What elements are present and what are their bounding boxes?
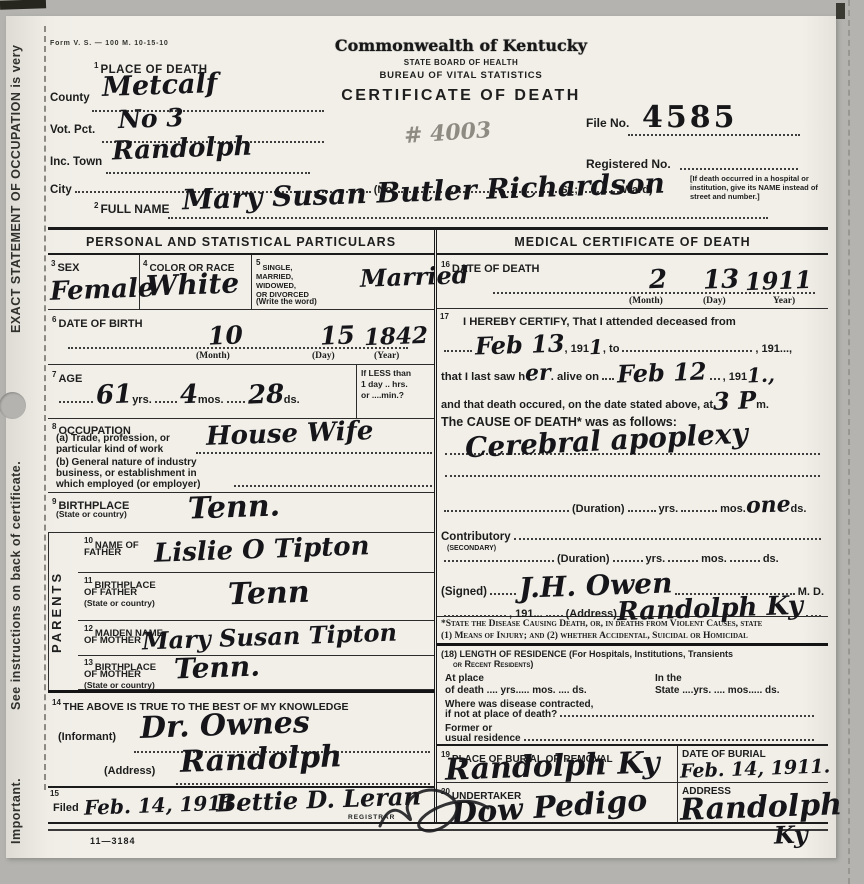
leader-dots <box>668 560 698 562</box>
leader-dots <box>622 350 752 352</box>
occupation-value: House Wife <box>206 418 374 450</box>
ds-label: ds. <box>763 553 779 565</box>
form-bottom-code: 11—3184 <box>90 836 136 846</box>
age-days-value: 28 <box>247 384 284 406</box>
less-than-one-day-box: If LESS than 1 day .. hrs. or ....min.? <box>356 365 434 418</box>
age-months-value: 4 <box>179 385 198 406</box>
mother-bp-label: OF MOTHER <box>84 669 141 680</box>
residence-title: LENGTH OF RESIDENCE (For Hospitals, Inst… <box>460 649 734 659</box>
contributory-line: Contributory <box>441 531 824 543</box>
certificate-table: PERSONAL AND STATISTICAL PARTICULARS 3SE… <box>48 227 828 824</box>
leader-dots <box>227 401 245 403</box>
signed-block: (Signed) J.H. Owen M. D. , 191... (Addre… <box>437 569 828 617</box>
age-row: 7AGE 61 yrs. 4 mos. 28 ds. If LESS than <box>48 365 434 419</box>
informant-label: (Informant) <box>58 731 116 743</box>
medical-column: MEDICAL CERTIFICATE OF DEATH 16DATE OF D… <box>437 230 828 822</box>
county-value: Metcalf <box>102 70 218 101</box>
contributory-duration-line: (Duration) yrs. mos. ds. <box>441 553 824 565</box>
at-place-line: of death .... yrs..... mos. .... ds. <box>445 685 587 696</box>
certificate-title: CERTIFICATE OF DEATH <box>326 87 596 105</box>
marital-value: Married <box>360 263 469 291</box>
dob-year: 1842 <box>364 324 429 349</box>
leader-dots <box>680 168 798 170</box>
leader-dots <box>196 452 432 454</box>
printed-191: , 191 <box>565 343 589 355</box>
signed-label: (Signed) <box>441 586 487 598</box>
leader-dots <box>681 510 717 512</box>
leader-dots <box>234 485 432 487</box>
item-number: 3 <box>51 259 55 268</box>
leader-dots <box>602 378 614 380</box>
item-number: 12 <box>84 624 93 633</box>
date-of-death-row: 16DATE OF DEATH 2 13 1911 (Month) (Day) … <box>437 255 828 310</box>
certify-line2: Feb 13 , 191 1 , to , 191..., <box>441 335 824 354</box>
scan-background: Important. See instructions on back of c… <box>0 0 864 884</box>
month-caption: (Month) <box>629 296 663 306</box>
mother-birthplace-row: 13BIRTHPLACE OF MOTHER (State or country… <box>78 656 434 690</box>
ds-label: ds. <box>790 503 806 515</box>
sex-race-marital-row: 3SEX Female 4COLOR OR RACE White 5SINGLE… <box>48 255 434 311</box>
duration-days-value: one <box>746 497 791 516</box>
pencil-number: # 4003 <box>403 119 492 147</box>
yrs-label: yrs. <box>132 394 152 406</box>
informant-address-label: (Address) <box>104 765 155 777</box>
leader-dots <box>710 378 720 380</box>
hospital-note: [If death occurred in a hospital or inst… <box>690 174 826 201</box>
burial-date-value: Feb. 14, 1911. <box>680 757 831 781</box>
write-the-word: (Write the word) <box>256 297 317 306</box>
state-or-country: (State or country) <box>84 598 155 608</box>
informant-value: Dr. Ownes <box>140 708 311 744</box>
leader-dots <box>613 560 643 562</box>
item-number: 4 <box>143 259 147 268</box>
personal-header: PERSONAL AND STATISTICAL PARTICULARS <box>48 230 434 255</box>
scan-corner-mark <box>0 0 46 10</box>
occupation-a-line: particular kind of work <box>56 444 163 455</box>
informant-address-value: Randolph <box>180 742 343 778</box>
dob-day: 15 <box>320 323 356 349</box>
leader-dots <box>444 350 472 352</box>
state-or-country: (State or country) <box>56 509 127 519</box>
file-no-label: File No. <box>586 116 629 130</box>
contributory-label: Contributory <box>441 531 511 543</box>
margin-occupation-note: EXACT STATEMENT OF OCCUPATION is very <box>9 44 23 332</box>
disease-contracted-q: if not at place of death? <box>445 709 557 720</box>
disease-contracted-line: if not at place of death? <box>445 709 817 720</box>
secondary-label: (SECONDARY) <box>447 545 496 552</box>
physician-address: Randolph Ky <box>617 596 804 623</box>
cause-of-death-block: The CAUSE OF DEATH* was as follows: Cere… <box>437 413 828 527</box>
leader-dots <box>628 134 800 136</box>
margin-important: Important. <box>9 778 23 844</box>
dod-day: 13 <box>703 266 740 293</box>
ds-label: ds. <box>284 394 300 406</box>
leader-dots <box>560 715 814 717</box>
parents-vertical-label: PARENTS <box>48 533 78 690</box>
former-residence-q: usual residence <box>445 733 521 744</box>
attended-from-date: Feb 13 <box>475 334 565 356</box>
year-digit: 1 <box>589 338 603 354</box>
age-years-value: 61 <box>96 384 133 406</box>
age-line: 61 yrs. 4 mos. 28 ds. <box>56 385 351 406</box>
item-number: 5 <box>256 258 260 267</box>
dob-label: DATE OF BIRTH <box>58 318 142 330</box>
birthplace-row: 9BIRTHPLACE (State or country) Tenn. <box>48 493 434 533</box>
in-state-label: In the <box>655 673 682 684</box>
year-caption: (Year) <box>374 351 399 361</box>
residence-label2: or Recent Residents) <box>453 659 533 669</box>
date-of-birth-row: 6DATE OF BIRTH 10 15 1842 (Month) (Day) … <box>48 310 434 365</box>
mother-birthplace-value: Tenn. <box>174 652 261 683</box>
mos-label: mos. <box>198 394 224 406</box>
leader-dots <box>514 538 821 540</box>
scan-corner-mark <box>836 3 845 19</box>
margin-note: Important. See instructions on back of c… <box>9 44 39 844</box>
duration-label: (Duration) <box>572 503 625 515</box>
bureau-title: BUREAU OF VITAL STATISTICS <box>326 70 596 81</box>
leader-dots <box>444 510 569 512</box>
day-caption: (Day) <box>703 296 726 306</box>
age-label: AGE <box>58 373 82 385</box>
leader-dots <box>445 475 820 477</box>
file-no-value: 4585 <box>642 100 738 135</box>
leader-dots <box>524 739 814 741</box>
undertaker-address-state: Ky <box>774 823 809 848</box>
leader-dots <box>490 593 516 595</box>
inc-town-value: Randolph <box>112 134 253 165</box>
marital-option: SINGLE, <box>262 263 292 272</box>
form-left-border <box>44 26 46 790</box>
personal-column: PERSONAL AND STATISTICAL PARTICULARS 3SE… <box>48 230 437 822</box>
item-number: (18) <box>441 649 457 659</box>
less-than-line: 1 day .. hrs. <box>361 379 408 389</box>
occupation-a-line: (a) Trade, profession, or <box>56 433 170 444</box>
commonwealth-title: Commonwealth of Kentucky <box>326 36 596 55</box>
last-saw-text: that I last saw h <box>441 371 525 383</box>
item-number: 2 <box>94 201 98 210</box>
item-number: 10 <box>84 536 93 545</box>
year-caption: Year) <box>773 296 795 306</box>
leader-dots <box>628 510 656 512</box>
dod-year: 1911 <box>745 268 813 294</box>
leader-dots <box>59 401 93 403</box>
certify-line1: I HEREBY CERTIFY, That I attended deceas… <box>463 316 736 328</box>
dod-month: 2 <box>649 267 668 294</box>
full-name-label: 2FULL NAME <box>94 200 170 218</box>
contributory-block: Contributory (SECONDARY) (Duration) yrs.… <box>437 527 828 569</box>
sex-label: SEX <box>57 262 79 274</box>
filed-label: Filed <box>53 802 79 814</box>
yrs-label: yrs. <box>659 503 679 515</box>
printed-191: , 191..., <box>755 343 792 355</box>
mother-name-value: Mary Susan Tipton <box>142 621 398 654</box>
death-occured-text: and that death occured, on the date stat… <box>441 399 713 411</box>
board-of-health: STATE BOARD OF HEALTH <box>326 58 596 67</box>
length-of-residence-block: (18) LENGTH OF RESIDENCE (For Hospitals,… <box>437 646 828 745</box>
month-caption: (Month) <box>196 351 230 361</box>
marital-option: WIDOWED, <box>256 281 296 290</box>
occupation-b-line: which employed (or employer) <box>56 479 200 490</box>
alive-on-text: . alive on <box>551 371 599 383</box>
certify-line4: and that death occured, on the date stat… <box>441 391 824 410</box>
less-than-line: or ....min.? <box>361 390 404 400</box>
yrs-label: yrs. <box>646 553 666 565</box>
race-value: White <box>146 269 240 300</box>
parents-block: PARENTS 10NAME OF FATHER Lislie O Tipton… <box>48 533 434 693</box>
full-name-value: Mary Susan Butler Richardson <box>182 170 666 215</box>
last-saw-date: Feb 12 <box>617 362 707 384</box>
duration-label: (Duration) <box>557 553 610 565</box>
city-label: City <box>50 184 72 196</box>
leader-dots <box>444 560 554 562</box>
at-place-label: At place <box>445 673 484 684</box>
leader-dots <box>730 560 760 562</box>
to-label: , to <box>603 343 620 355</box>
burial-date-cell: DATE OF BURIAL Feb. 14, 1911. <box>678 746 828 783</box>
inc-town-label: Inc. Town <box>50 156 102 168</box>
marital-cell: 5SINGLE, MARRIED, WIDOWED, OR DIVORCED (… <box>252 255 434 310</box>
time-of-death: 3 P <box>713 391 757 412</box>
sex-cell: 3SEX Female <box>48 255 140 310</box>
mos-label: mos. <box>701 553 727 565</box>
her-hand: er <box>525 365 551 383</box>
in-state-line: State ....yrs. .... mos..... ds. <box>655 685 780 696</box>
father-name-value: Lislie O Tipton <box>154 533 370 567</box>
mother-label: OF MOTHER <box>84 635 141 646</box>
birthplace-value: Tenn. <box>188 492 281 525</box>
item-number: 14 <box>52 698 61 707</box>
burial-row: 19PLACE OF BURIAL OR REMOVAL Randolph Ky… <box>437 746 828 784</box>
leader-dots <box>106 172 310 174</box>
father-name-row: 10NAME OF FATHER Lislie O Tipton <box>78 533 434 573</box>
county-label: County <box>50 92 90 104</box>
certificate-paper: Important. See instructions on back of c… <box>6 16 836 858</box>
undertaker-row: 20UNDERTAKER Dow Pedigo ADDRESS Randolph… <box>437 783 828 822</box>
state-or-country: (State or country) <box>84 680 155 690</box>
less-than-line: If LESS than <box>361 368 411 378</box>
item-number: 13 <box>84 658 93 667</box>
item-number: 7 <box>52 370 56 379</box>
vot-pct-label: Vot. Pct. <box>50 124 95 136</box>
page-edge-dashes <box>848 0 850 884</box>
item-number: 17 <box>440 312 449 321</box>
full-name-caption: FULL NAME <box>100 202 169 216</box>
vot-pct-value: No 3 <box>118 105 184 132</box>
mos-label: mos. <box>720 503 746 515</box>
item-number: 6 <box>52 315 56 324</box>
father-birthplace-value: Tenn <box>228 578 311 611</box>
certify-line3: that I last saw h er . alive on Feb 12 ,… <box>441 363 824 382</box>
undertaker-address-cell: ADDRESS Randolph Ky <box>678 783 828 822</box>
duration-line: (Duration) yrs. mos. one ds. <box>441 497 824 515</box>
occupation-b-line: business, or establishment in <box>56 468 197 479</box>
former-residence-line: usual residence <box>445 733 817 744</box>
year-digit: 1., <box>747 366 775 383</box>
father-birthplace-row: 11BIRTHPLACE OF FATHER (State or country… <box>78 573 434 621</box>
item-number: 11 <box>84 576 92 585</box>
leader-dots <box>155 401 177 403</box>
form-print-code: Form V. S. — 100 M. 10-15-10 <box>50 40 169 47</box>
marital-option: MARRIED, <box>256 272 293 281</box>
m-label: m. <box>756 399 769 411</box>
occupation-row: 8OCCUPATION (a) Trade, profession, or pa… <box>48 419 434 493</box>
dob-month: 10 <box>208 323 244 349</box>
leader-dots <box>168 217 768 219</box>
medical-header: MEDICAL CERTIFICATE OF DEATH <box>437 230 828 255</box>
race-cell: 4COLOR OR RACE White <box>140 255 252 310</box>
day-caption: (Day) <box>312 351 335 361</box>
sex-value: Female <box>50 275 155 305</box>
item-number: 15 <box>50 789 59 798</box>
margin-instructions: See instructions on back of certificate. <box>9 461 23 710</box>
occupation-b-line: (b) General nature of industry <box>56 457 197 468</box>
residence-label: (18) LENGTH OF RESIDENCE (For Hospitals,… <box>441 649 733 659</box>
undertaker-address-value: Randolph <box>680 791 843 827</box>
certify-block: 17 I HEREBY CERTIFY, That I attended dec… <box>437 309 828 413</box>
item-number: 1 <box>94 61 98 70</box>
ink-scribble <box>374 768 494 848</box>
certificate-header: Commonwealth of Kentucky STATE BOARD OF … <box>326 36 596 105</box>
item-number: 8 <box>52 422 56 431</box>
item-number: 9 <box>52 497 56 506</box>
note-line: (1) Means of Injury; and (2) whether Acc… <box>441 631 748 641</box>
printed-191: , 191 <box>723 371 747 383</box>
father-label: FATHER <box>84 547 121 558</box>
father-bp-label: OF FATHER <box>84 587 137 598</box>
